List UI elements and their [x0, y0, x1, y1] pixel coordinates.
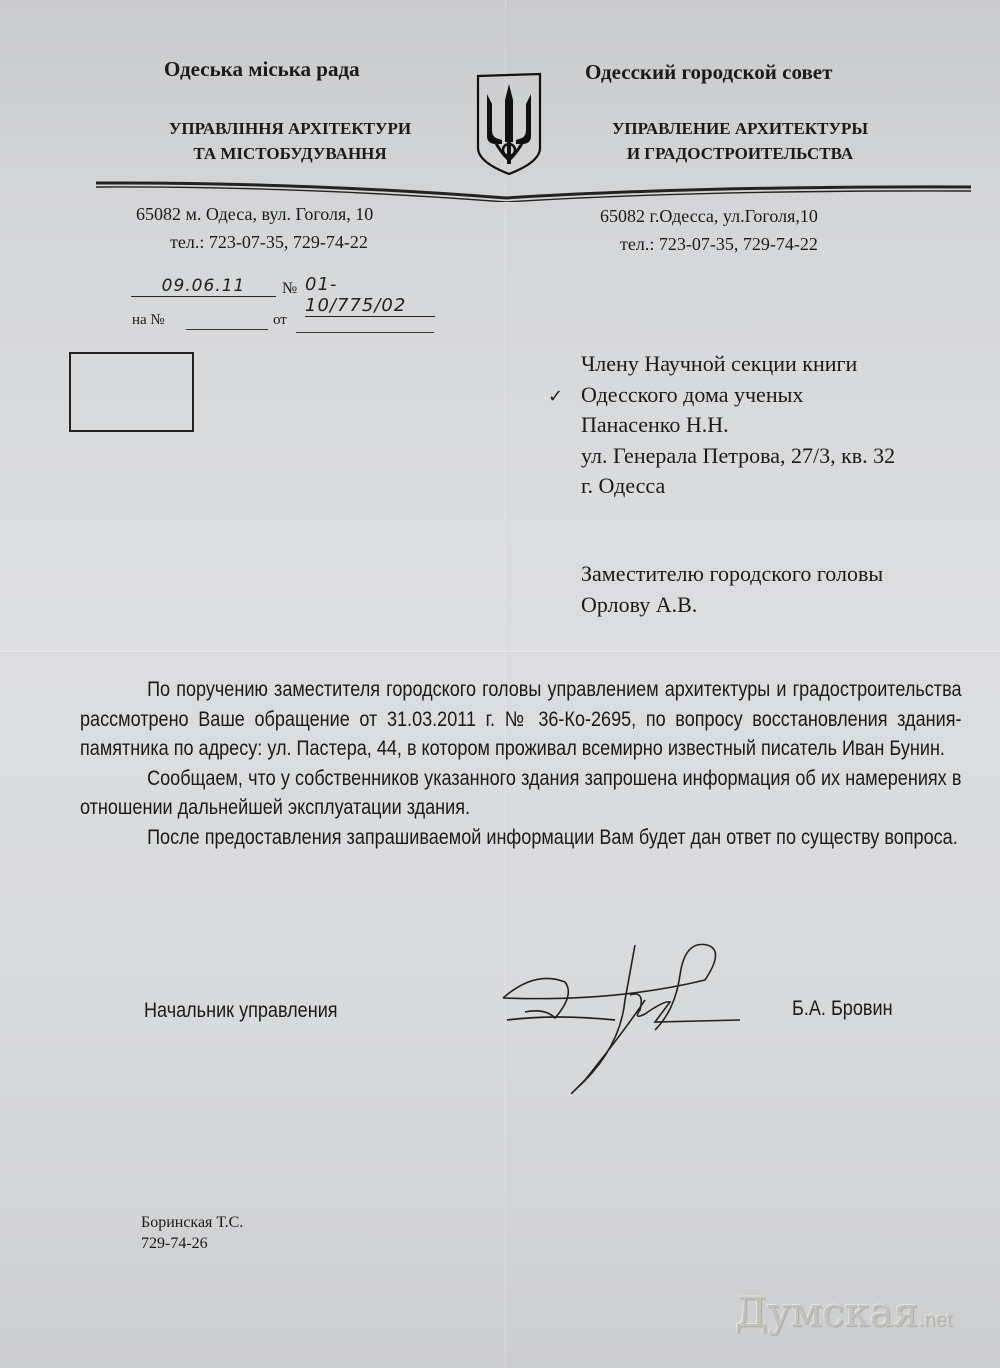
- address-uk: 65082 м. Одеса, вул. Гоголя, 10: [136, 204, 373, 225]
- reply-to-number-line: [186, 329, 268, 330]
- department-line-1: УПРАВЛЕНИЕ АРХИТЕКТУРЫ: [570, 116, 910, 141]
- signatory-name: Б.А. Бровин: [792, 997, 893, 1021]
- body-paragraph: После предоставления запрашиваемой инфор…: [80, 823, 962, 853]
- letter-body: По поручению заместителя городского голо…: [80, 675, 962, 852]
- recipient-name: Панасенко Н.Н.: [581, 410, 895, 441]
- department-name-ru: УПРАВЛЕНИЕ АРХИТЕКТУРЫ И ГРАДОСТРОИТЕЛЬС…: [570, 116, 910, 166]
- handwritten-signature: [495, 940, 745, 1110]
- council-name-uk: Одеська міська рада: [164, 57, 360, 82]
- executor-name: Боринская Т.С.: [141, 1212, 243, 1233]
- executor-info: Боринская Т.С. 729-74-26: [141, 1212, 243, 1254]
- header-divider: [96, 178, 971, 202]
- registration-number-field: 01-10/775/02: [305, 274, 435, 317]
- trident-coat-of-arms-icon: [474, 70, 544, 178]
- signatory-position: Начальник управления: [144, 999, 338, 1023]
- phone-uk: тел.: 723-07-35, 729-74-22: [170, 232, 368, 253]
- body-paragraph: Сообщаем, что у собственников указанного…: [80, 764, 962, 823]
- body-paragraph: По поручению заместителя городского голо…: [80, 675, 962, 764]
- recipient-line: Одесского дома ученых: [581, 380, 895, 411]
- executor-phone: 729-74-26: [141, 1233, 243, 1254]
- department-line-2: И ГРАДОСТРОИТЕЛЬСТВА: [570, 141, 910, 166]
- watermark-brand: Думская: [735, 1290, 919, 1336]
- secondary-recipient: Заместителю городского головы Орлову А.В…: [581, 559, 883, 620]
- watermark-suffix: .net: [919, 1309, 952, 1331]
- paper-fold-horizontal: [0, 650, 1000, 652]
- registration-number: 01-10/775/02: [305, 274, 406, 316]
- department-line-1: УПРАВЛІННЯ АРХІТЕКТУРИ: [130, 116, 450, 141]
- stamp-box: [69, 352, 194, 432]
- recipient-line: Члену Научной секции книги: [581, 349, 895, 380]
- reply-to-label: на №: [132, 312, 165, 329]
- recipient-city: г. Одесса: [581, 471, 895, 502]
- council-name-ru: Одесский городской совет: [585, 60, 832, 85]
- department-line-2: ТА МІСТОБУДУВАННЯ: [130, 141, 450, 166]
- recipient-address: ул. Генерала Петрова, 27/3, кв. 32: [581, 441, 895, 472]
- from-label: от: [273, 312, 287, 329]
- recipient-line: Заместителю городского головы: [581, 559, 883, 590]
- recipient-name: Орлову А.В.: [581, 590, 883, 621]
- department-name-uk: УПРАВЛІННЯ АРХІТЕКТУРИ ТА МІСТОБУДУВАННЯ: [130, 116, 450, 166]
- site-watermark: Думская.net: [735, 1290, 952, 1336]
- address-ru: 65082 г.Одесса, ул.Гоголя,10: [600, 206, 818, 227]
- from-date-line: [296, 332, 434, 333]
- registration-date-field: 09.06.11: [131, 276, 276, 297]
- primary-recipient: Члену Научной секции книги Одесского дом…: [581, 349, 895, 502]
- letter-page: Одеська міська рада УПРАВЛІННЯ АРХІТЕКТУ…: [0, 0, 1000, 1368]
- phone-ru: тел.: 723-07-35, 729-74-22: [620, 234, 818, 255]
- check-mark-icon: ✓: [548, 386, 564, 407]
- number-sign: №: [282, 280, 297, 298]
- registration-date: 09.06.11: [162, 276, 246, 296]
